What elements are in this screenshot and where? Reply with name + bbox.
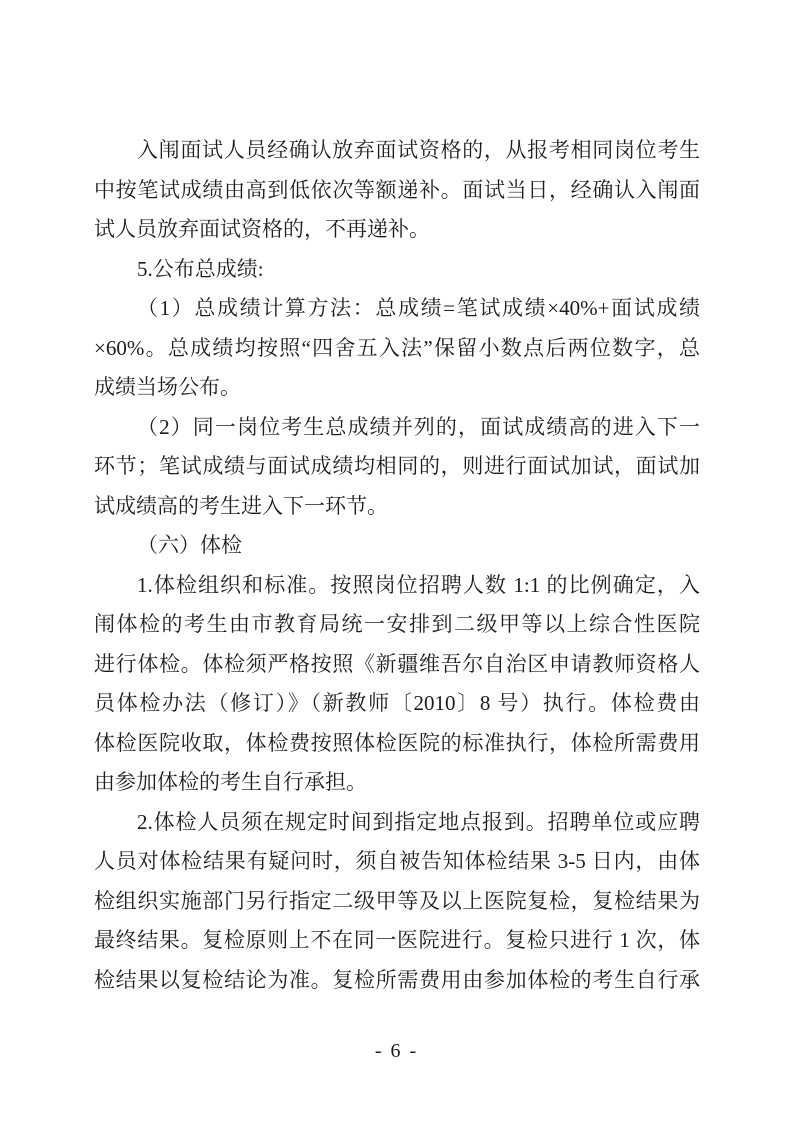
paragraph: 2.体检人员须在规定时间到指定地点报到。招聘单位或应聘人员对体检结果有疑问时，须…	[94, 803, 700, 1001]
document-body: 入闱面试人员经确认放弃面试资格的，从报考相同岗位考生中按笔试成绩由高到低依次等额…	[94, 131, 700, 1000]
text-line: 最终结果。复检原则上不在同一医院进行。复检只进行 1 次，体	[94, 921, 700, 961]
text-line: 人员对体检结果有疑问时，须自被告知体检结果 3-5 日内，由体	[94, 842, 700, 882]
paragraph: （2）同一岗位考生总成绩并列的，面试成绩高的进入下一环节；笔试成绩与面试成绩均相…	[94, 408, 700, 527]
paragraph: （1）总成绩计算方法：总成绩=笔试成绩×40%+面试成绩×60%。总成绩均按照“…	[94, 289, 700, 408]
text-line: 检结果以复检结论为准。复检所需费用由参加体检的考生自行承	[94, 961, 700, 1001]
text-line: 闱体检的考生由市教育局统一安排到二级甲等以上综合性医院	[94, 605, 700, 645]
text-line: 体检医院收取，体检费按照体检医院的标准执行，体检所需费用	[94, 724, 700, 764]
text-line: 5.公布总成绩:	[94, 250, 700, 290]
page-number: - 6 -	[375, 1040, 418, 1062]
text-line: 进行体检。体检须严格按照《新疆维吾尔自治区申请教师资格人	[94, 645, 700, 685]
document-page: 入闱面试人员经确认放弃面试资格的，从报考相同岗位考生中按笔试成绩由高到低依次等额…	[0, 0, 793, 1122]
text-line: （2）同一岗位考生总成绩并列的，面试成绩高的进入下一	[94, 408, 700, 448]
text-line: 2.体检人员须在规定时间到指定地点报到。招聘单位或应聘	[94, 803, 700, 843]
text-line: 入闱面试人员经确认放弃面试资格的，从报考相同岗位考生	[94, 131, 700, 171]
text-line: （六）体检	[94, 526, 700, 566]
text-line: 员体检办法（修订）》（新教师〔2010〕8 号）执行。体检费由	[94, 684, 700, 724]
paragraph: （六）体检	[94, 526, 700, 566]
text-line: 由参加体检的考生自行承担。	[94, 763, 700, 803]
text-line: 成绩当场公布。	[94, 368, 700, 408]
paragraph: 入闱面试人员经确认放弃面试资格的，从报考相同岗位考生中按笔试成绩由高到低依次等额…	[94, 131, 700, 250]
text-line: ×60%。总成绩均按照“四舍五入法”保留小数点后两位数字，总	[94, 329, 700, 369]
text-line: （1）总成绩计算方法：总成绩=笔试成绩×40%+面试成绩	[94, 289, 700, 329]
text-line: 试人员放弃面试资格的，不再递补。	[94, 210, 700, 250]
text-line: 试成绩高的考生进入下一环节。	[94, 487, 700, 527]
paragraph: 1.体检组织和标准。按照岗位招聘人数 1:1 的比例确定，入闱体检的考生由市教育…	[94, 566, 700, 803]
page-footer: - 6 -	[0, 1040, 793, 1063]
text-line: 环节；笔试成绩与面试成绩均相同的，则进行面试加试，面试加	[94, 447, 700, 487]
text-line: 检组织实施部门另行指定二级甲等及以上医院复检，复检结果为	[94, 882, 700, 922]
text-line: 1.体检组织和标准。按照岗位招聘人数 1:1 的比例确定，入	[94, 566, 700, 606]
text-line: 中按笔试成绩由高到低依次等额递补。面试当日，经确认入闱面	[94, 171, 700, 211]
paragraph: 5.公布总成绩:	[94, 250, 700, 290]
